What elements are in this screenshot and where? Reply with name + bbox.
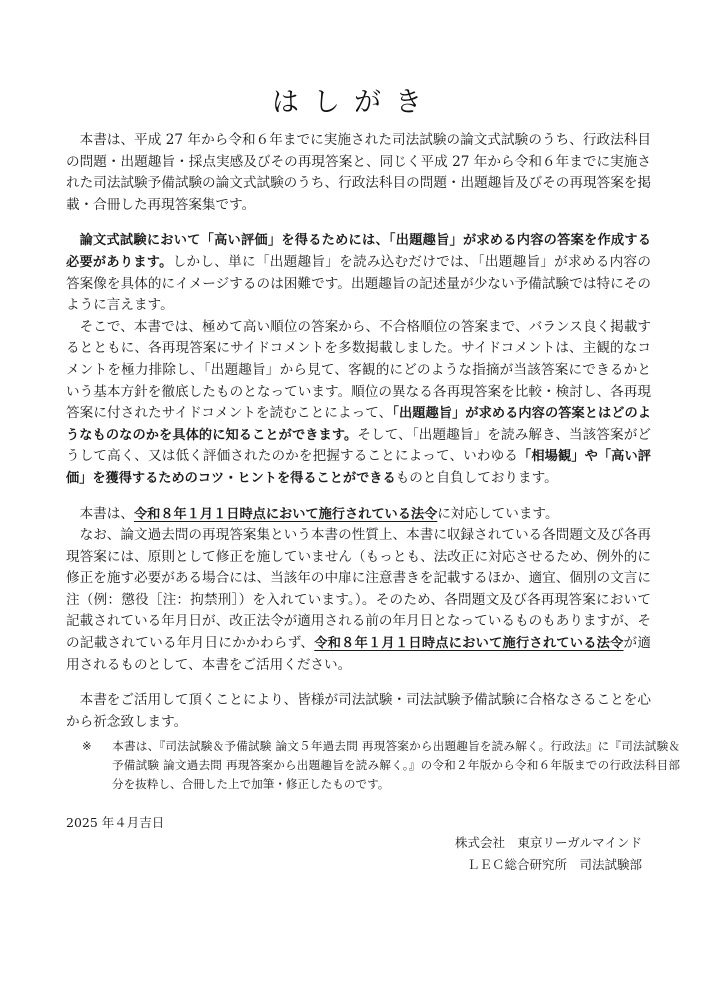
paragraph-closing: 本書をご活用して頂くことにより、皆様が司法試験・司法試験予備試験に合格なさること…: [66, 690, 651, 733]
signature-department: ＬＥＣ総合研究所 司法試験部: [455, 854, 642, 876]
underlined-text: 令和８年１月１日時点において施行されている法令: [134, 507, 437, 522]
signature-company: 株式会社 東京リーガルマインド: [455, 832, 642, 854]
paragraph-revision-note: なお、論文過去問の再現答案集という本書の性質上、本書に収録されている各問題文及び…: [66, 525, 651, 676]
paragraph-intro: 本書は、平成 27 年から令和６年までに実施された司法試験の論文式試験のうち、行…: [66, 130, 651, 216]
paragraph-features: そこで、本書では、極めて高い順位の答案から、不合格順位の答案まで、バランス良く掲…: [66, 317, 651, 490]
publication-date: 2025 年４月吉日: [66, 813, 164, 831]
footnote-text: 本書は、『司法試験＆予備試験 論文５年過去問 再現答案から出題趣旨を読み解く。行…: [112, 739, 680, 791]
underlined-text: 令和８年１月１日時点において施行されている法令: [314, 636, 623, 651]
signature-block: 株式会社 東京リーガルマインド ＬＥＣ総合研究所 司法試験部: [455, 832, 642, 876]
paragraph-law-date: 本書は、令和８年１月１日時点において施行されている法令に対応しています。: [66, 504, 651, 526]
paragraph-purpose: 論文式試験において「高い評価」を得るためには、「出題趣旨」が求める内容の答案を作…: [66, 230, 651, 316]
footnote: ※本書は、『司法試験＆予備試験 論文５年過去問 再現答案から出題趣旨を読み解く。…: [82, 737, 680, 794]
page-title: はしがき: [0, 80, 708, 119]
preface-body: 本書は、平成 27 年から令和６年までに実施された司法試験の論文式試験のうち、行…: [66, 130, 651, 733]
reference-mark: ※: [82, 737, 112, 756]
